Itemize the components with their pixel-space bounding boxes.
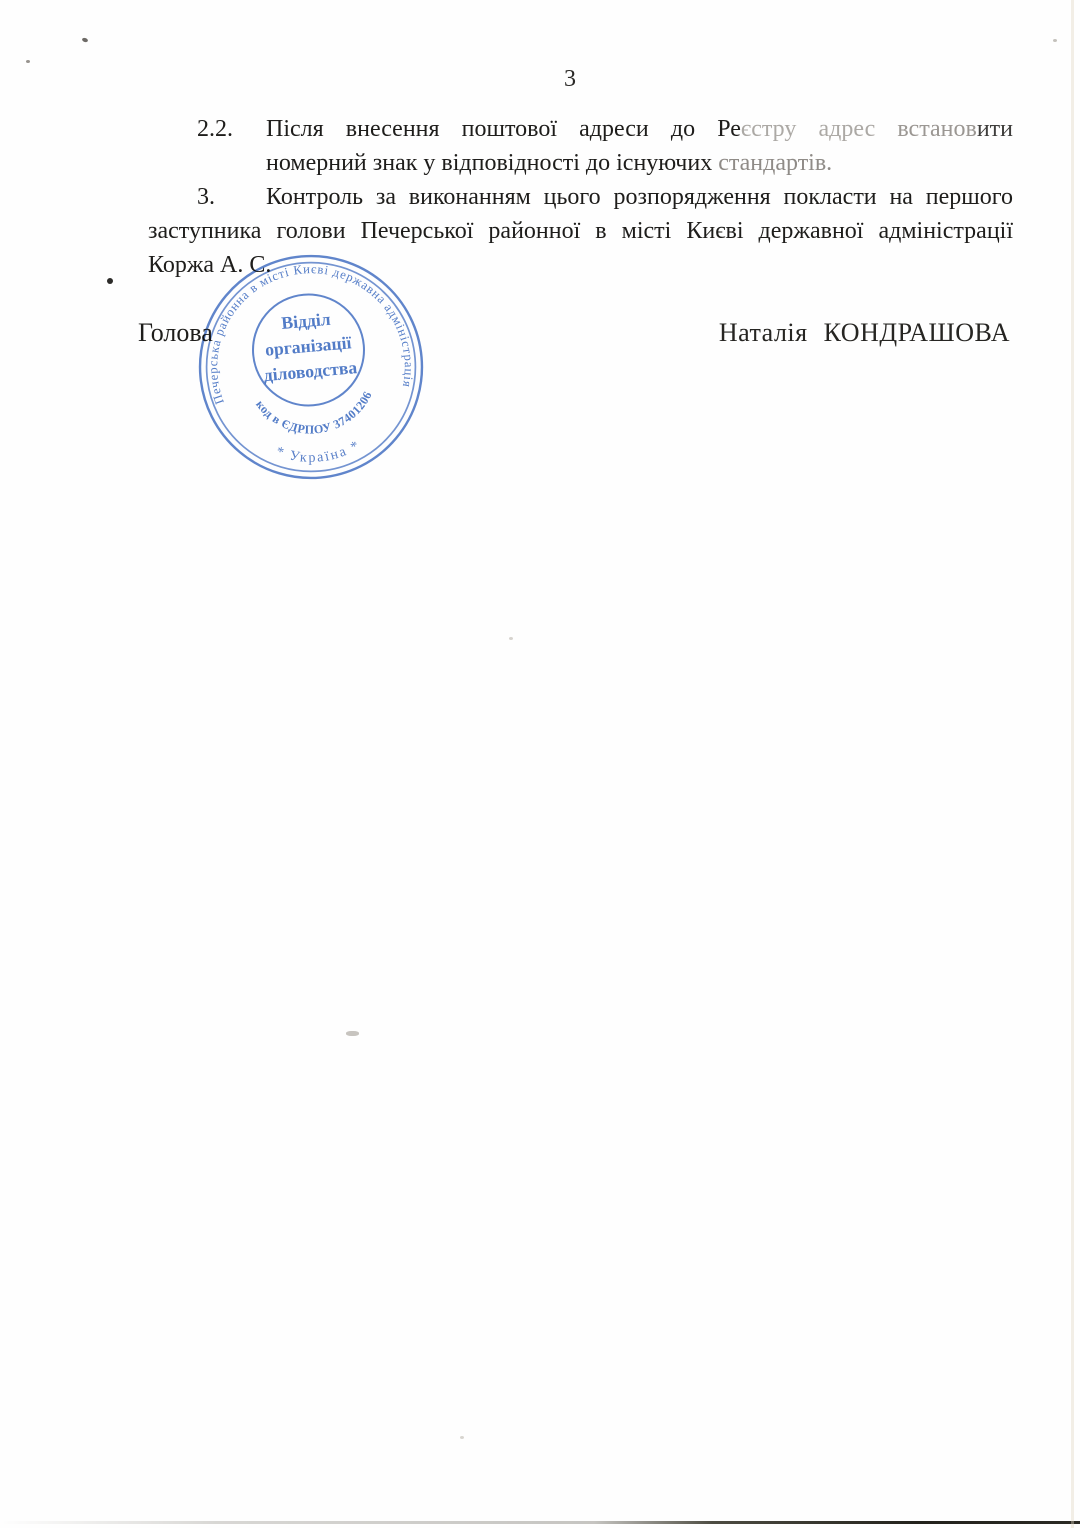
- text-segment-faded: встанов: [897, 116, 976, 142]
- paragraph-2-2: 2.2. Після внесення поштової адреси до Р…: [148, 112, 1013, 180]
- paragraph-text: Після внесення поштової адреси до Реєстр…: [266, 112, 1013, 146]
- paragraph-3-line-2: заступника голови Печерської районної в …: [148, 214, 1013, 248]
- scanned-document-page: 3 2.2. Після внесення поштової адреси до…: [0, 0, 1080, 1528]
- text-segment: Після внесення поштової адреси до Ре: [266, 116, 741, 142]
- scan-speck: [509, 637, 513, 640]
- paragraph-2-2-line-2: номерний знак у відповідності до існуючи…: [266, 146, 1013, 180]
- scan-speck: [1053, 39, 1057, 42]
- text-segment: номерний знак у відповідності до існуючи…: [266, 150, 718, 176]
- scan-speck: [107, 278, 113, 284]
- scan-edge-bottom: [0, 1521, 1080, 1524]
- text-segment: ити: [977, 116, 1013, 142]
- stamp-center-line1: Відділ: [281, 309, 332, 333]
- stamp-center-line3: діловодства: [263, 357, 358, 385]
- paragraph-text: Контроль за виконанням цього розпоряджен…: [266, 180, 1013, 214]
- scan-speck: [81, 37, 88, 43]
- stamp-center-text: Відділ організації діловодства: [258, 307, 358, 385]
- scan-edge-right: [1071, 0, 1074, 1528]
- official-round-stamp: Печерська районна в місті Києві державна…: [186, 242, 435, 491]
- scan-speck: [26, 60, 30, 63]
- paragraph-3-line-1: 3. Контроль за виконанням цього розпоряд…: [148, 180, 1013, 214]
- signatory-name: Наталія КОНДРАШОВА: [719, 318, 1010, 348]
- stamp-graphics: Печерська районна в місті Києві державна…: [191, 247, 431, 487]
- signature-row: Голова Наталія КОНДРАШОВА: [0, 318, 1080, 358]
- text-segment-faded: стандартів.: [718, 150, 832, 176]
- paragraph-number: 2.2.: [148, 112, 266, 146]
- paragraph-number: 3.: [148, 180, 266, 214]
- stamp-edrpou-code: код в ЄДРПОУ 37401206: [253, 388, 378, 442]
- text-segment-faded: єстру адрес: [741, 116, 897, 142]
- scan-speck: [460, 1436, 464, 1439]
- scan-speck: [346, 1031, 359, 1036]
- stamp-center-line2: організації: [264, 332, 352, 359]
- paragraph-2-2-line-1: 2.2. Після внесення поштової адреси до Р…: [148, 112, 1013, 146]
- page-number: 3: [0, 66, 1080, 93]
